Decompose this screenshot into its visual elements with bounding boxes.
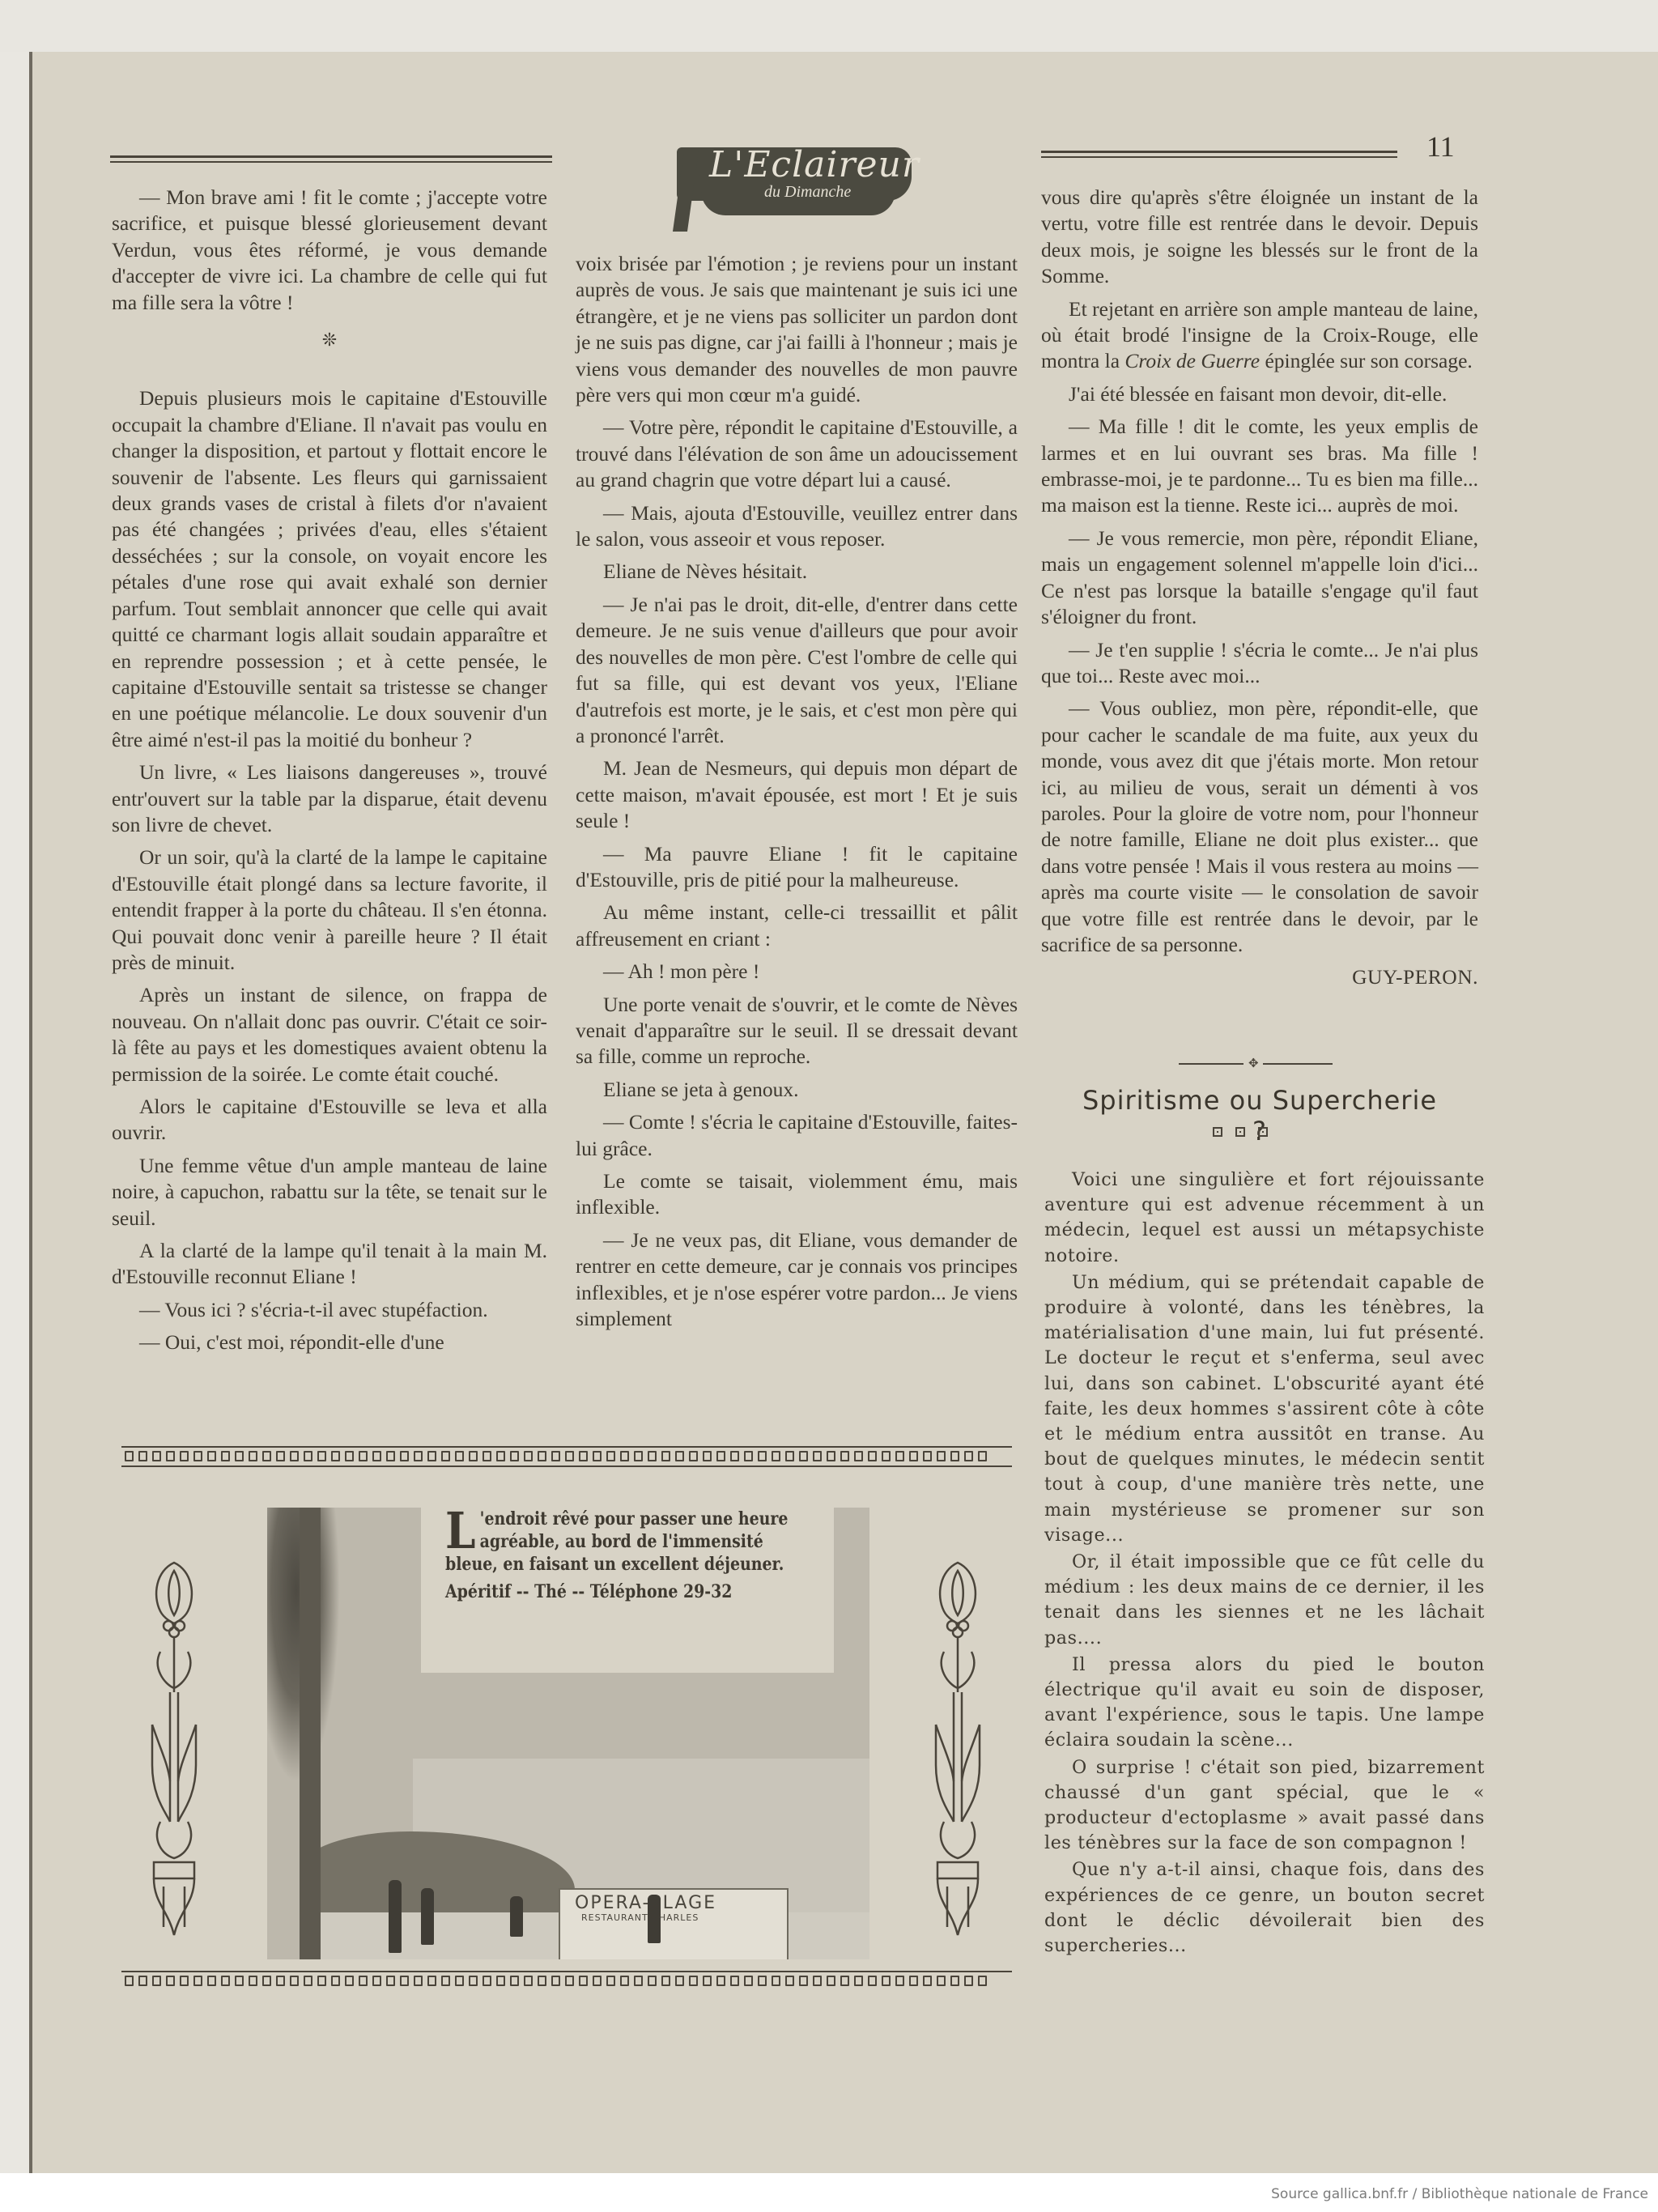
border-square-icon (716, 1976, 725, 1986)
border-square-icon (772, 1451, 780, 1461)
border-square-icon (716, 1451, 725, 1461)
paragraph: — Mon brave ami ! fit le comte ; j'accep… (112, 185, 547, 316)
page-binding-edge (29, 52, 32, 2173)
border-square-icon (978, 1451, 987, 1461)
advert-border-bottom (121, 1969, 1012, 1993)
border-square-icon (386, 1976, 395, 1986)
border-square-icon (510, 1451, 519, 1461)
border-square-icon (675, 1976, 684, 1986)
border-square-icon (359, 1976, 368, 1986)
border-square-icon (290, 1451, 299, 1461)
border-square-icon (565, 1451, 574, 1461)
paragraph-text: épinglée sur son corsage. (1260, 349, 1473, 372)
border-square-icon (620, 1976, 629, 1986)
border-square-icon (180, 1451, 189, 1461)
border-square-icon (593, 1976, 602, 1986)
paragraph: Voici une singulière et fort réjouissant… (1044, 1168, 1485, 1269)
border-square-icon (730, 1976, 739, 1986)
border-square-icon (758, 1976, 767, 1986)
border-square-icon (249, 1976, 257, 1986)
border-square-icon (964, 1451, 973, 1461)
border-square-icon (414, 1976, 423, 1986)
border-square-icon (469, 1451, 478, 1461)
border-square-icon (730, 1451, 739, 1461)
advert-text: L'endroit rêvé pour passer une heure agr… (445, 1508, 818, 1603)
divider-line (1179, 1063, 1243, 1065)
section-separator-icon: ❊ (112, 327, 547, 353)
author-signature: GUY-PERON. (1041, 964, 1478, 990)
border-square-icon (207, 1451, 216, 1461)
border-square-icon (648, 1976, 657, 1986)
border-square-icon (262, 1451, 271, 1461)
border-square-icon (125, 1451, 134, 1461)
border-square-icon (923, 1976, 932, 1986)
border-square-icon (400, 1451, 409, 1461)
masthead-title: L'Eclaireur (709, 144, 920, 185)
border-square-icon (675, 1451, 684, 1461)
border-square-icon (166, 1451, 175, 1461)
border-square-icon (593, 1451, 602, 1461)
art-nouveau-flower-ornament-right (928, 1555, 988, 1943)
border-square-icon (317, 1976, 326, 1986)
border-square-icon (304, 1976, 312, 1986)
border-square-icon (703, 1451, 712, 1461)
border-square-icon (964, 1976, 973, 1986)
story-column-2: voix brisée par l'émotion ; je reviens p… (576, 251, 1018, 1338)
border-square-icon (551, 1976, 560, 1986)
border-square-icon (634, 1976, 643, 1986)
border-square-icon (262, 1976, 271, 1986)
border-square-icon (634, 1451, 643, 1461)
photo-pedestrian (421, 1888, 434, 1945)
paragraph: Après un instant de silence, on frappa d… (112, 982, 547, 1087)
border-square-icon (606, 1976, 615, 1986)
border-square-icon (441, 1976, 450, 1986)
ornament-divider: ✥ (1179, 1059, 1333, 1069)
masthead-logo: L'Eclaireur du Dimanche (669, 143, 920, 222)
border-square-icon (152, 1976, 161, 1986)
border-square-icon (661, 1451, 670, 1461)
border-square-icon (950, 1976, 959, 1986)
paragraph: Un médium, qui se prétendait capable de … (1044, 1270, 1485, 1548)
paragraph: — Je n'ai pas le droit, dit-elle, d'entr… (576, 592, 1018, 749)
border-square-icon (359, 1451, 368, 1461)
border-square-icon (813, 1976, 822, 1986)
border-square-icon (909, 1976, 918, 1986)
advert-body: 'endroit rêvé pour passer une heure agré… (445, 1508, 788, 1575)
border-square-icon (152, 1451, 161, 1461)
border-square-icon (372, 1451, 381, 1461)
border-square-icon (207, 1976, 216, 1986)
header-rule-left (110, 155, 552, 163)
border-square-icon (276, 1976, 285, 1986)
paragraph: Le comte se taisait, violemment ému, mai… (576, 1168, 1018, 1221)
paragraph: Une femme vêtue d'un ample manteau de la… (112, 1153, 547, 1231)
border-square-icon (235, 1976, 244, 1986)
photo-pedestrian (389, 1880, 402, 1953)
border-square-icon (483, 1451, 491, 1461)
border-square-icon (290, 1976, 299, 1986)
border-square-icon (840, 1976, 849, 1986)
border-square-icon (923, 1451, 932, 1461)
paragraph: A la clarté de la lampe qu'il tenait à l… (112, 1238, 547, 1291)
border-square-icon (882, 1976, 891, 1986)
border-square-icon (193, 1451, 202, 1461)
border-square-icon (909, 1451, 918, 1461)
paragraph: — Ma pauvre Eliane ! fit le capitaine d'… (576, 841, 1018, 894)
border-line (121, 1971, 1012, 1972)
paragraph: — Vous oubliez, mon père, répondit-elle,… (1041, 696, 1478, 958)
border-square-icon (400, 1976, 409, 1986)
paragraph: Or, il était impossible que ce fût celle… (1044, 1550, 1485, 1651)
border-line (121, 1446, 1012, 1448)
paragraph: Et rejetant en arrière son ample manteau… (1041, 296, 1478, 375)
border-square-icon (510, 1976, 519, 1986)
border-square-icon (125, 1976, 134, 1986)
border-square-icon (427, 1976, 436, 1986)
title-ornament-squares (1213, 1127, 1268, 1137)
paragraph: — Vous ici ? s'écria-t-il avec stupéfact… (112, 1297, 547, 1323)
border-square-icon (538, 1976, 546, 1986)
border-square-icon (813, 1451, 822, 1461)
paragraph: M. Jean de Nesmeurs, qui depuis mon dépa… (576, 755, 1018, 834)
paragraph: Eliane se jeta à genoux. (576, 1077, 1018, 1103)
border-square-icon (138, 1451, 147, 1461)
article-title: Spiritisme ou Supercherie ? (1073, 1085, 1446, 1146)
border-square-icon (414, 1451, 423, 1461)
border-square-icon (496, 1976, 505, 1986)
story-column-1: — Mon brave ami ! fit le comte ; j'accep… (112, 185, 547, 1363)
border-square-icon (427, 1451, 436, 1461)
border-squares (125, 1976, 987, 1986)
border-square-icon (551, 1451, 560, 1461)
paragraph: voix brisée par l'émotion ; je reviens p… (576, 251, 1018, 408)
paragraph: — Je t'en supplie ! s'écria le comte... … (1041, 637, 1478, 690)
advert-text-panel: L'endroit rêvé pour passer une heure agr… (421, 1504, 834, 1673)
border-square-icon (661, 1976, 670, 1986)
border-square-icon (854, 1451, 863, 1461)
paragraph: — Comte ! s'écria le capitaine d'Estouvi… (576, 1109, 1018, 1162)
border-square-icon (648, 1451, 657, 1461)
border-square-icon (483, 1976, 491, 1986)
border-square-icon (799, 1451, 808, 1461)
border-square-icon (565, 1976, 574, 1986)
border-square-icon (840, 1451, 849, 1461)
border-square-icon (180, 1976, 189, 1986)
border-square-icon (579, 1976, 588, 1986)
border-square-icon (524, 1976, 533, 1986)
paragraph: O surprise ! c'était son pied, bizarreme… (1044, 1755, 1485, 1857)
paragraph: Il pressa alors du pied le bouton électr… (1044, 1653, 1485, 1754)
paragraph: Alors le capitaine d'Estouville se leva … (112, 1094, 547, 1146)
story-column-3: vous dire qu'après s'être éloignée un in… (1041, 185, 1478, 998)
paragraph: — Ah ! mon père ! (576, 959, 1018, 985)
paragraph: Au même instant, celle-ci tressaillit et… (576, 900, 1018, 952)
divider-line (1263, 1063, 1333, 1065)
page-number: 11 (1426, 130, 1455, 164)
photo-pedestrian (648, 1895, 661, 1943)
border-square-icon (345, 1451, 354, 1461)
advert-dropcap: L (445, 1509, 475, 1553)
border-square-icon (331, 1451, 340, 1461)
border-square-icon (744, 1976, 753, 1986)
border-square-icon (827, 1451, 835, 1461)
photo-pedestrian (510, 1896, 523, 1937)
masthead-subtitle: du Dimanche (764, 183, 851, 202)
paragraph: — Je vous remercie, mon père, répondit E… (1041, 525, 1478, 631)
border-square-icon (193, 1976, 202, 1986)
paragraph: Depuis plusieurs mois le capitaine d'Est… (112, 385, 547, 753)
border-square-icon (249, 1451, 257, 1461)
border-square-icon (221, 1976, 230, 1986)
border-square-icon (744, 1451, 753, 1461)
border-square-icon (317, 1451, 326, 1461)
advert-border-top (121, 1444, 1012, 1469)
border-square-icon (895, 1976, 904, 1986)
paragraph: Or un soir, qu'à la clarté de la lampe l… (112, 844, 547, 976)
border-square-icon (689, 1451, 698, 1461)
paragraph: — Mais, ajouta d'Estouville, veuillez en… (576, 500, 1018, 553)
border-square-icon (331, 1976, 340, 1986)
border-square-icon (441, 1451, 450, 1461)
border-square-icon (524, 1451, 533, 1461)
border-square-icon (772, 1976, 780, 1986)
square-ornament-icon (1235, 1127, 1245, 1137)
border-square-icon (455, 1451, 464, 1461)
article-column: Voici une singulière et fort réjouissant… (1044, 1168, 1485, 1960)
border-square-icon (386, 1451, 395, 1461)
border-square-icon (882, 1451, 891, 1461)
border-square-icon (827, 1976, 835, 1986)
photo-sign-main: OPERA-PLAGE (575, 1893, 716, 1913)
border-square-icon (950, 1451, 959, 1461)
ornament-knot-icon: ✥ (1248, 1059, 1259, 1069)
border-square-icon (276, 1451, 285, 1461)
paragraph: — Je ne veux pas, dit Eliane, vous deman… (576, 1227, 1018, 1333)
paragraph: Eliane de Nèves hésitait. (576, 559, 1018, 585)
border-square-icon (469, 1976, 478, 1986)
paragraph: — Votre père, répondit le capitaine d'Es… (576, 415, 1018, 493)
art-nouveau-flower-ornament-left (144, 1555, 204, 1943)
paragraph: Une porte venait de s'ouvrir, et le comt… (576, 992, 1018, 1070)
border-square-icon (345, 1976, 354, 1986)
border-square-icon (235, 1451, 244, 1461)
square-ornament-icon (1213, 1127, 1222, 1137)
header-rule-right (1041, 151, 1397, 158)
border-squares (125, 1451, 987, 1461)
border-square-icon (937, 1976, 946, 1986)
border-square-icon (854, 1976, 863, 1986)
source-attribution: Source gallica.bnf.fr / Bibliothèque nat… (1271, 2186, 1648, 2202)
border-square-icon (620, 1451, 629, 1461)
border-square-icon (785, 1451, 794, 1461)
emphasis-croix-de-guerre: Croix de Guerre (1124, 349, 1260, 372)
photo-sign-sub: RESTAURANT CHARLES (581, 1912, 699, 1923)
paragraph: Que n'y a-t-il ainsi, chaque fois, dans … (1044, 1857, 1485, 1959)
border-square-icon (703, 1976, 712, 1986)
border-line (121, 1465, 1012, 1467)
border-square-icon (455, 1976, 464, 1986)
flower-ornament-icon (928, 1555, 988, 1943)
border-square-icon (978, 1976, 987, 1986)
paragraph: J'ai été blessée en faisant mon devoir, … (1041, 381, 1478, 407)
border-square-icon (579, 1451, 588, 1461)
paragraph: — Oui, c'est moi, répondit-elle d'une (112, 1329, 547, 1355)
border-square-icon (166, 1976, 175, 1986)
border-square-icon (304, 1451, 312, 1461)
border-square-icon (937, 1451, 946, 1461)
scan-top-margin (0, 0, 1658, 52)
advert-contact: Apéritif -- Thé -- Téléphone 29-32 (445, 1580, 818, 1603)
border-square-icon (799, 1976, 808, 1986)
border-square-icon (895, 1451, 904, 1461)
photo-palm-trunk (300, 1508, 321, 1959)
border-square-icon (138, 1976, 147, 1986)
border-square-icon (758, 1451, 767, 1461)
border-square-icon (221, 1451, 230, 1461)
border-square-icon (868, 1976, 877, 1986)
paragraph: Un livre, « Les liaisons dangereuses », … (112, 759, 547, 838)
border-square-icon (868, 1451, 877, 1461)
paragraph: vous dire qu'après s'être éloignée un in… (1041, 185, 1478, 290)
border-square-icon (372, 1976, 381, 1986)
border-square-icon (496, 1451, 505, 1461)
border-square-icon (689, 1976, 698, 1986)
paragraph: — Ma fille ! dit le comte, les yeux empl… (1041, 414, 1478, 519)
border-square-icon (538, 1451, 546, 1461)
flower-ornament-icon (144, 1555, 204, 1943)
border-square-icon (785, 1976, 794, 1986)
square-ornament-icon (1258, 1127, 1268, 1137)
border-square-icon (606, 1451, 615, 1461)
